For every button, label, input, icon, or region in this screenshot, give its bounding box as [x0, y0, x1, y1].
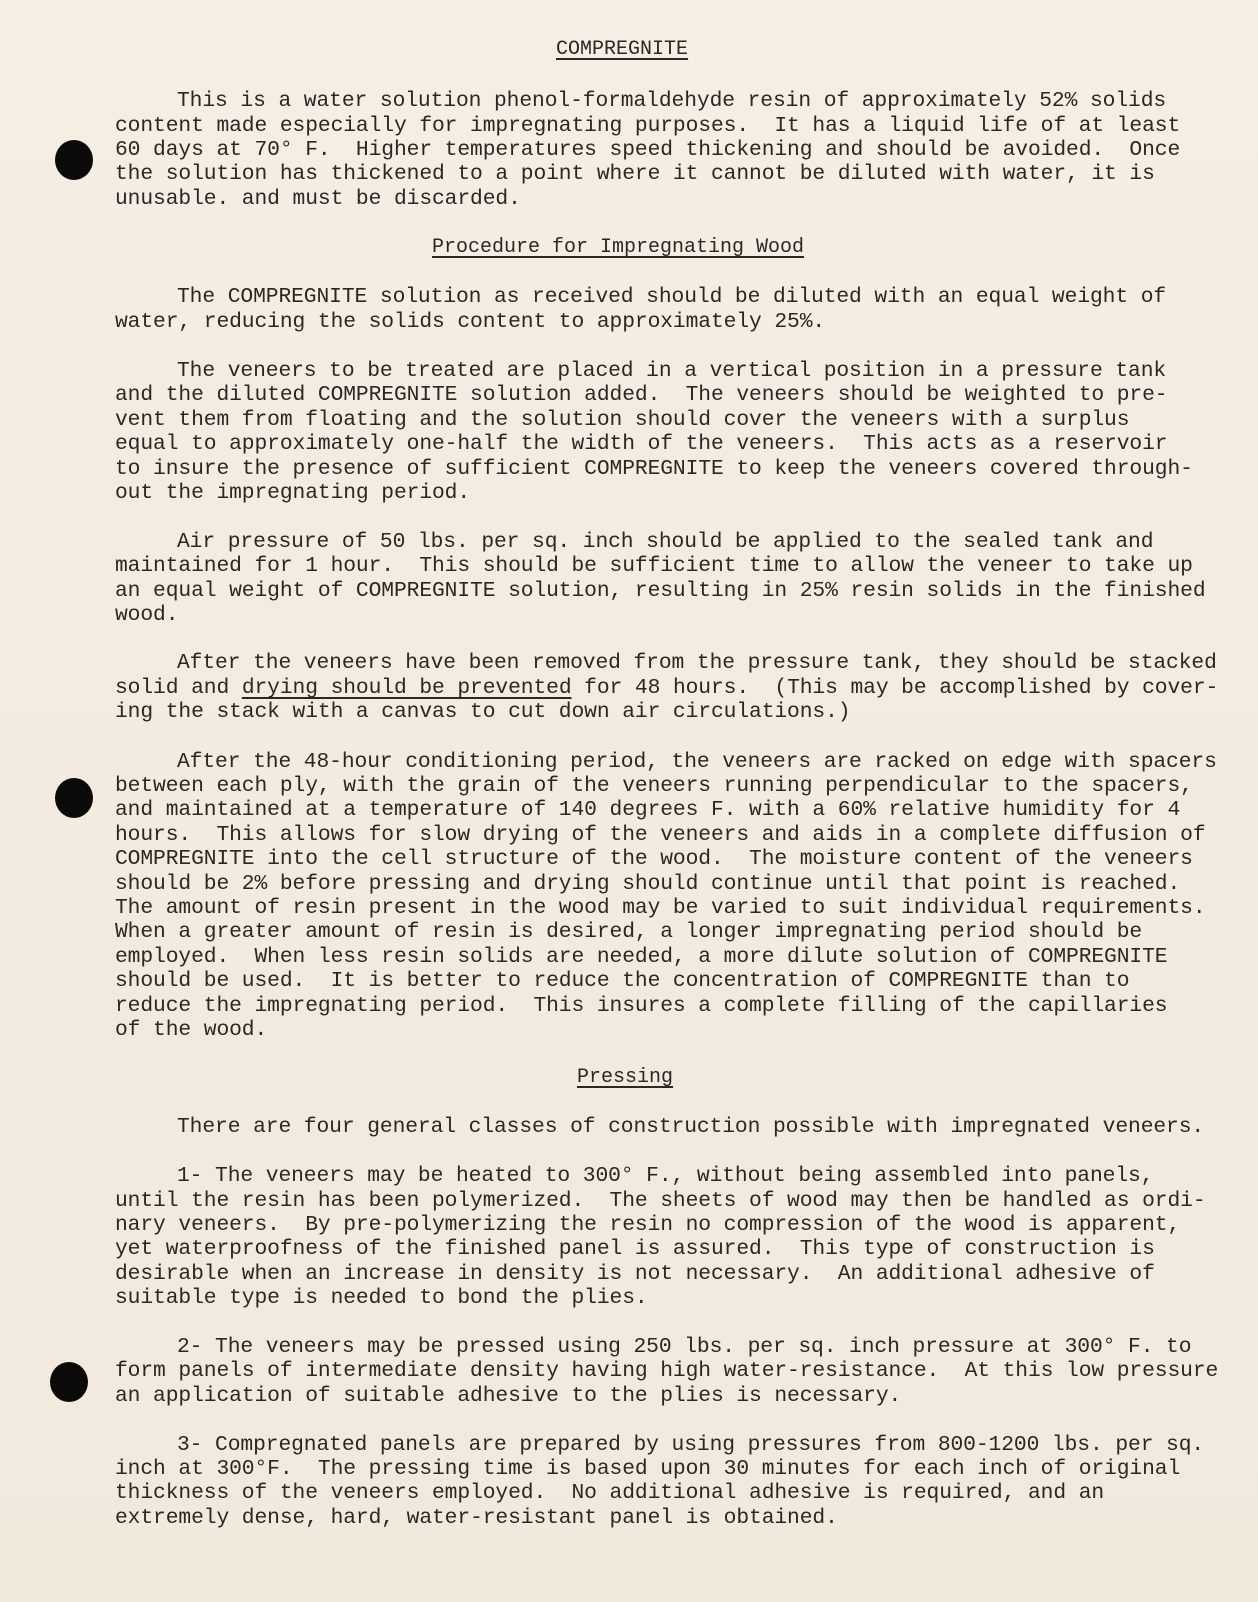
paragraph-line: and maintained at a temperature of 140 d… — [115, 798, 1180, 823]
paragraph-line: should be used. It is better to reduce t… — [115, 969, 1129, 994]
list-item-line: 2- The veneers may be pressed using 250 … — [177, 1335, 1191, 1360]
document-page: COMPREGNITE This is a water solution phe… — [0, 0, 1258, 1602]
list-item-line: yet waterproofness of the finished panel… — [115, 1237, 1155, 1262]
paragraph-line: between each ply, with the grain of the … — [115, 774, 1193, 799]
punch-hole-top — [55, 140, 93, 180]
paragraph-line: Air pressure of 50 lbs. per sq. inch sho… — [177, 530, 1153, 555]
text-segment: solid and — [115, 676, 242, 700]
paragraph-line: and the diluted COMPREGNITE solution add… — [115, 383, 1167, 408]
intro-line: 60 days at 70° F. Higher temperatures sp… — [115, 138, 1180, 163]
list-item-line: an application of suitable adhesive to t… — [115, 1384, 901, 1409]
document-title: COMPREGNITE — [556, 38, 688, 62]
paragraph-line: should be 2% before pressing and drying … — [115, 872, 1180, 897]
paragraph-line: out the impregnating period. — [115, 481, 470, 506]
paragraph-line: The veneers to be treated are placed in … — [177, 359, 1166, 384]
paragraph-line: When a greater amount of resin is desire… — [115, 920, 1142, 945]
paragraph-line: to insure the presence of sufficient COM… — [115, 457, 1193, 482]
intro-line: This is a water solution phenol-formalde… — [177, 89, 1166, 114]
punch-hole-middle — [55, 778, 93, 818]
intro-line: unusable. and must be discarded. — [115, 187, 521, 212]
paragraph-line: equal to approximately one-half the widt… — [115, 432, 1167, 457]
section-heading-pressing: Pressing — [577, 1066, 673, 1090]
list-item-line: form panels of intermediate density havi… — [115, 1359, 1218, 1384]
intro-line: content made especially for impregnating… — [115, 114, 1180, 139]
list-item-line: extremely dense, hard, water-resistant p… — [115, 1506, 838, 1531]
list-item-line: desirable when an increase in density is… — [115, 1262, 1155, 1287]
paragraph-line: an equal weight of COMPREGNITE solution,… — [115, 579, 1206, 604]
list-item-line: until the resin has been polymerized. Th… — [115, 1189, 1206, 1214]
paragraph-line: hours. This allows for slow drying of th… — [115, 823, 1206, 848]
list-item-line: nary veneers. By pre-polymerizing the re… — [115, 1213, 1180, 1238]
list-item-line: 3- Compregnated panels are prepared by u… — [177, 1433, 1204, 1458]
paragraph-line: wood. — [115, 603, 178, 628]
text-segment: for 48 hours. (This may be accomplished … — [572, 676, 1219, 700]
intro-line: the solution has thickened to a point wh… — [115, 162, 1155, 187]
section-heading-procedure: Procedure for Impregnating Wood — [432, 236, 804, 260]
paragraph-line: of the wood. — [115, 1018, 267, 1043]
paragraph-line: After the veneers have been removed from… — [177, 651, 1217, 676]
list-item-line: suitable type is needed to bond the plie… — [115, 1286, 648, 1311]
paragraph-line: maintained for 1 hour. This should be su… — [115, 554, 1193, 579]
paragraph-line: vent them from floating and the solution… — [115, 408, 1129, 433]
list-item-line: 1- The veneers may be heated to 300° F.,… — [177, 1164, 1153, 1189]
paragraph-line: The COMPREGNITE solution as received sho… — [177, 285, 1166, 310]
underlined-phrase: drying should be prevented — [242, 676, 572, 700]
paragraph-line-underlined: solid and drying should be prevented for… — [115, 676, 1218, 701]
paragraph-line: water, reducing the solids content to ap… — [115, 310, 825, 335]
paragraph-line: employed. When less resin solids are nee… — [115, 945, 1167, 970]
paragraph-line: ing the stack with a canvas to cut down … — [115, 700, 850, 725]
paragraph-line: After the 48-hour conditioning period, t… — [177, 750, 1217, 775]
list-item-line: thickness of the veneers employed. No ad… — [115, 1481, 1104, 1506]
paragraph-line: There are four general classes of constr… — [177, 1115, 1204, 1140]
paragraph-line: COMPREGNITE into the cell structure of t… — [115, 847, 1193, 872]
list-item-line: inch at 300°F. The pressing time is base… — [115, 1457, 1180, 1482]
paragraph-line: The amount of resin present in the wood … — [115, 896, 1206, 921]
punch-hole-bottom — [50, 1362, 88, 1402]
paragraph-line: reduce the impregnating period. This ins… — [115, 994, 1167, 1019]
